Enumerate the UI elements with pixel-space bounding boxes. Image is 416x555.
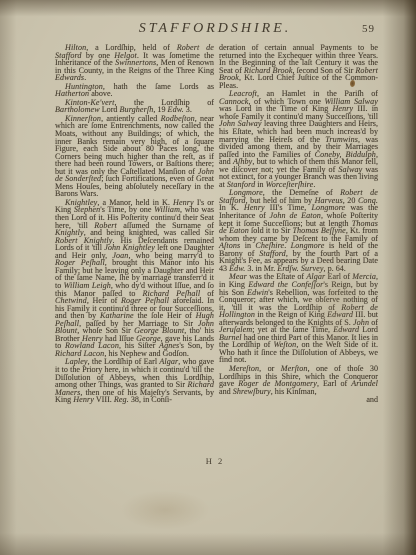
page-number: 59: [55, 23, 375, 35]
paragraph: Mereſton, or Merſton, one of thoſe 30 Lo…: [219, 365, 378, 395]
paragraph: Kinton-Ke'vert, the Lordſhip of Bartholo…: [55, 99, 214, 114]
signature-mark: H 2: [55, 456, 375, 466]
paper-stain: [120, 490, 210, 530]
catchword: and: [219, 396, 378, 404]
text-column-left: Hilton, a Lordſhip, held of Robert de St…: [55, 44, 214, 405]
paragraph: Mear was the Eſtate of Algar Earl of Mer…: [219, 273, 378, 364]
paragraph: Longmore, the Demeſne of Robert de Staff…: [219, 189, 378, 272]
text-column-right: deration of certain annual Payments to b…: [219, 44, 378, 404]
paragraph: Huntington, hath the ſame Lords as Hathe…: [55, 83, 214, 98]
paragraph: Knightley, a Manor, held in K. Henry I's…: [55, 199, 214, 357]
paragraph: Leacroft, an Hamlet in the Pariſh of Can…: [219, 90, 378, 188]
paragraph: Kinnerſton, antiently called Rodbeſton, …: [55, 115, 214, 198]
paragraph: Lapley, the Lordſhip of Earl Algar, who …: [55, 358, 214, 403]
paragraph: Hilton, a Lordſhip, held of Robert de St…: [55, 44, 214, 82]
